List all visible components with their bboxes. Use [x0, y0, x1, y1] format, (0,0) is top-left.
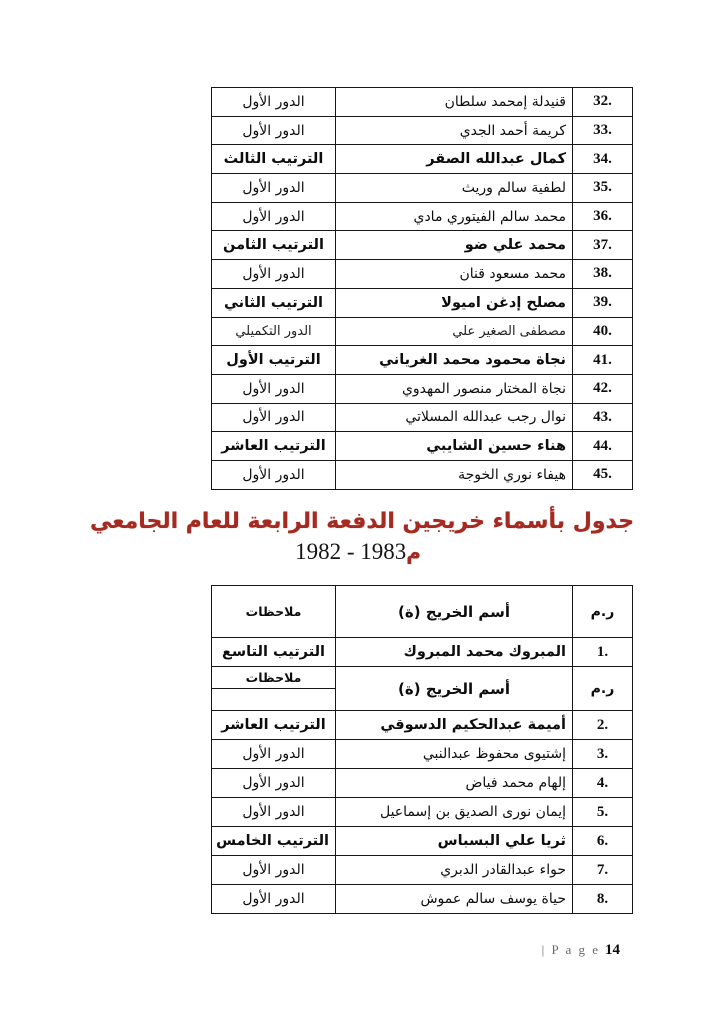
note-cell: الدور الأول — [212, 174, 336, 203]
table-row: 6.ثريا علي البسباسالترتيب الخامس — [212, 827, 633, 856]
num-cell: 8. — [573, 885, 633, 914]
num-cell: 1. — [573, 638, 633, 667]
note-cell: الدور الأول — [212, 88, 336, 117]
name-cell: إشتيوى محفوظ عبدالنبي — [336, 740, 573, 769]
note-cell: الدور الأول — [212, 460, 336, 489]
note-cell: الترتيب العاشر — [212, 432, 336, 461]
note-cell: الدور الأول — [212, 116, 336, 145]
table-row: 42.نجاة المختار منصور المهدويالدور الأول — [212, 374, 633, 403]
name-cell: المبروك محمد المبروك — [336, 638, 573, 667]
note-cell: الدور الأول — [212, 403, 336, 432]
name-cell: كريمة أحمد الجدي — [336, 116, 573, 145]
name-cell: هناء حسين الشايبي — [336, 432, 573, 461]
note-cell: الترتيب الأول — [212, 346, 336, 375]
note-cell: الترتيب الثامن — [212, 231, 336, 260]
header-notes-cell: ملاحظات — [212, 586, 336, 638]
num-cell: 43. — [573, 403, 633, 432]
graduates-table-batch-four: ر.م أسم الخريج (ة) ملاحظات 1.المبروك محم… — [211, 585, 633, 914]
name-cell: قنيدلة إمحمد سلطان — [336, 88, 573, 117]
table-row: 37.محمد علي ضوالترتيب الثامن — [212, 231, 633, 260]
name-cell: حياة يوسف سالم عموش — [336, 885, 573, 914]
name-cell: أميمة عبدالحكيم الدسوقي — [336, 711, 573, 740]
page-footer: | P a g e14 — [542, 941, 620, 959]
note-cell: الدور التكميلي — [212, 317, 336, 346]
num-cell: 45. — [573, 460, 633, 489]
header-notes-split-cell: ملاحظات — [212, 667, 336, 711]
name-cell: نجاة محمود محمد الغرياني — [336, 346, 573, 375]
note-cell: الدور الأول — [212, 769, 336, 798]
name-cell: كمال عبدالله الصقر — [336, 145, 573, 174]
table-row: 35.لطفية سالم وريثالدور الأول — [212, 174, 633, 203]
num-cell: 6. — [573, 827, 633, 856]
table-row: 41.نجاة محمود محمد الغريانيالترتيب الأول — [212, 346, 633, 375]
name-cell: نجاة المختار منصور المهدوي — [336, 374, 573, 403]
num-cell: 40. — [573, 317, 633, 346]
num-cell: 4. — [573, 769, 633, 798]
table-row: 34.كمال عبدالله الصقرالترتيب الثالث — [212, 145, 633, 174]
name-cell: لطفية سالم وريث — [336, 174, 573, 203]
num-cell: 35. — [573, 174, 633, 203]
num-cell: 2. — [573, 711, 633, 740]
note-cell: الدور الأول — [212, 260, 336, 289]
table-row: 5.إيمان نورى الصديق بن إسماعيلالدور الأو… — [212, 798, 633, 827]
name-cell: حواء عبدالقادر الدبري — [336, 856, 573, 885]
num-cell: 5. — [573, 798, 633, 827]
num-cell: 3. — [573, 740, 633, 769]
header-name-cell: أسم الخريج (ة) — [336, 667, 573, 711]
table-row: 4.إلهام محمد فياضالدور الأول — [212, 769, 633, 798]
footer-page-number: 14 — [605, 942, 620, 958]
table-row: 43.نوال رجب عبدالله المسلاتيالدور الأول — [212, 403, 633, 432]
note-cell: الدور الأول — [212, 798, 336, 827]
num-cell: 44. — [573, 432, 633, 461]
header-notes-label: ملاحظات — [212, 667, 335, 689]
note-cell: الدور الأول — [212, 202, 336, 231]
table-row: 7.حواء عبدالقادر الدبريالدور الأول — [212, 856, 633, 885]
note-cell: الترتيب التاسع — [212, 638, 336, 667]
name-cell: هيفاء نوري الخوجة — [336, 460, 573, 489]
heading-title: جدول بأسماء خريجين الدفعة الرابعة للعام … — [0, 509, 724, 534]
table-row: 2.أميمة عبدالحكيم الدسوقيالترتيب العاشر — [212, 711, 633, 740]
num-cell: 36. — [573, 202, 633, 231]
header-notes-empty — [212, 689, 335, 710]
note-cell: الدور الأول — [212, 856, 336, 885]
name-cell: محمد علي ضو — [336, 231, 573, 260]
name-cell: إلهام محمد فياض — [336, 769, 573, 798]
note-cell: الترتيب الخامس — [212, 827, 336, 856]
table-row: 45.هيفاء نوري الخوجةالدور الأول — [212, 460, 633, 489]
document-page: 32.قنيدلة إمحمد سلطانالدور الأول33.كريمة… — [0, 0, 724, 1024]
heading-years: م1983 - 1982 — [0, 539, 724, 565]
name-cell: ثريا علي البسباس — [336, 827, 573, 856]
table-header-row-repeated: ر.م أسم الخريج (ة) ملاحظات — [212, 667, 633, 711]
note-cell: الترتيب الثالث — [212, 145, 336, 174]
table-row: 36.محمد سالم الفيتوري ماديالدور الأول — [212, 202, 633, 231]
graduates-table-rows-32-45: 32.قنيدلة إمحمد سلطانالدور الأول33.كريمة… — [211, 87, 633, 490]
note-cell: الترتيب العاشر — [212, 711, 336, 740]
header-number-cell: ر.م — [573, 586, 633, 638]
name-cell: محمد سالم الفيتوري مادي — [336, 202, 573, 231]
name-cell: مصطفى الصغير علي — [336, 317, 573, 346]
name-cell: مصلح إدغن اميولا — [336, 288, 573, 317]
num-cell: 38. — [573, 260, 633, 289]
note-cell: الترتيب الثاني — [212, 288, 336, 317]
table-row: 39.مصلح إدغن اميولاالترتيب الثاني — [212, 288, 633, 317]
table-row: 1.المبروك محمد المبروكالترتيب التاسع — [212, 638, 633, 667]
name-cell: محمد مسعود قنان — [336, 260, 573, 289]
name-cell: نوال رجب عبدالله المسلاتي — [336, 403, 573, 432]
num-cell: 42. — [573, 374, 633, 403]
num-cell: 41. — [573, 346, 633, 375]
num-cell: 7. — [573, 856, 633, 885]
heading-meem-suffix: م — [406, 540, 421, 564]
table-row: 33.كريمة أحمد الجديالدور الأول — [212, 116, 633, 145]
num-cell: 37. — [573, 231, 633, 260]
table-row: 44.هناء حسين الشايبيالترتيب العاشر — [212, 432, 633, 461]
num-cell: 32. — [573, 88, 633, 117]
section-heading: جدول بأسماء خريجين الدفعة الرابعة للعام … — [0, 509, 724, 565]
table-header-row: ر.م أسم الخريج (ة) ملاحظات — [212, 586, 633, 638]
note-cell: الدور الأول — [212, 740, 336, 769]
heading-year-range: 1983 - 1982 — [295, 539, 406, 564]
table-row: 32.قنيدلة إمحمد سلطانالدور الأول — [212, 88, 633, 117]
table-row: 38.محمد مسعود قنانالدور الأول — [212, 260, 633, 289]
note-cell: الدور الأول — [212, 885, 336, 914]
table-row: 8.حياة يوسف سالم عموشالدور الأول — [212, 885, 633, 914]
footer-page-label: | P a g e — [542, 942, 600, 957]
table-row: 3.إشتيوى محفوظ عبدالنبيالدور الأول — [212, 740, 633, 769]
note-cell: الدور الأول — [212, 374, 336, 403]
table-row: 40.مصطفى الصغير عليالدور التكميلي — [212, 317, 633, 346]
header-number-cell: ر.م — [573, 667, 633, 711]
num-cell: 34. — [573, 145, 633, 174]
header-name-cell: أسم الخريج (ة) — [336, 586, 573, 638]
num-cell: 39. — [573, 288, 633, 317]
name-cell: إيمان نورى الصديق بن إسماعيل — [336, 798, 573, 827]
num-cell: 33. — [573, 116, 633, 145]
